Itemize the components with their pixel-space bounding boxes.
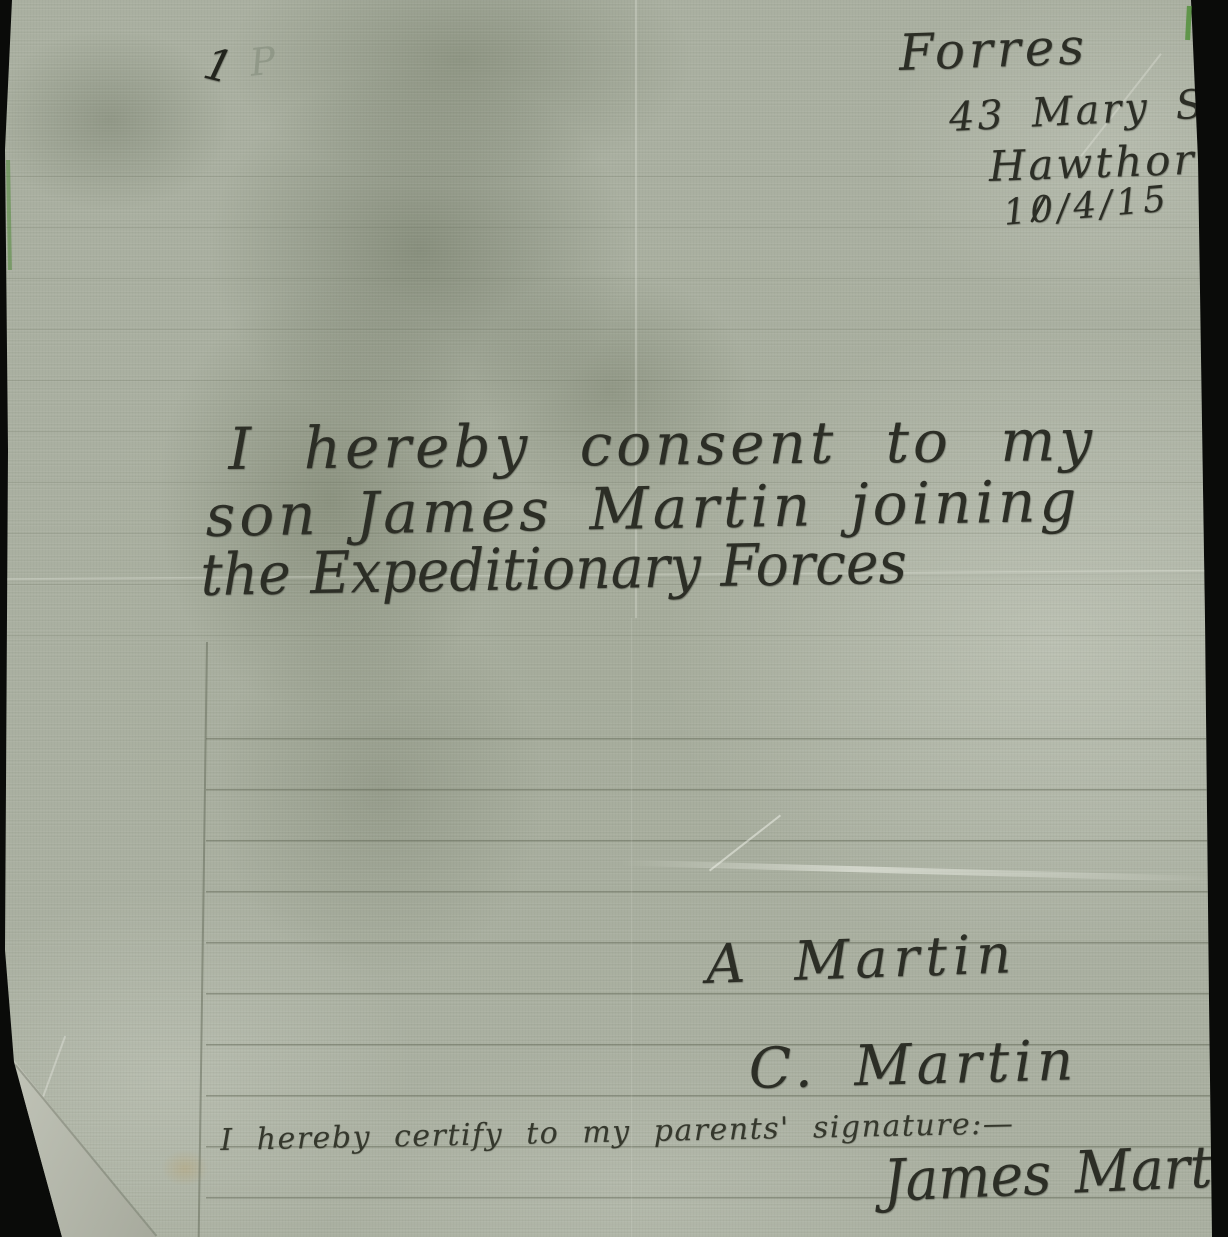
signature-parent-2: C. Martin [748, 1033, 1079, 1098]
letter-page: 1 P Forres 43 Mary St. Hawthorn 10/4/15 … [0, 0, 1228, 1237]
signature-parent-1: A Martin [705, 927, 1018, 992]
scanned-consent-letter: 1 P Forres 43 Mary St. Hawthorn 10/4/15 … [0, 0, 1228, 1237]
header-house-name: Forres [898, 21, 1089, 78]
header-suburb: Hawthorn [988, 138, 1227, 188]
pencil-mark-faint: P [248, 41, 277, 81]
signature-son: James Martin [882, 1135, 1228, 1210]
body-line-3: the Expeditionary Forces [200, 534, 907, 604]
